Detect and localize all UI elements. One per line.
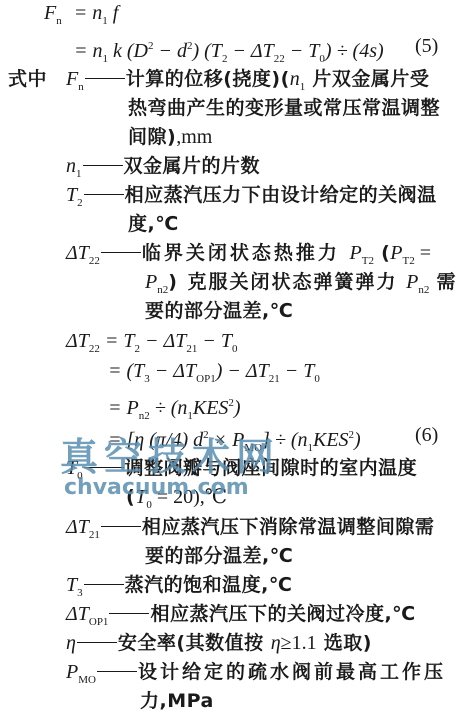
def-dT21-line2: 要的部分温差,℃ xyxy=(145,545,293,567)
em-dash xyxy=(97,671,137,672)
eq6-line1: ΔT22 = T2 − ΔT21 − T0 xyxy=(66,330,237,360)
eq5-rhs1: = n1 f xyxy=(74,2,119,24)
eq5-rhs2: = n1 k (D2 − d2) (T2 − ΔT22 − T0) ÷ (4s) xyxy=(74,40,384,62)
em-dash xyxy=(101,526,141,527)
def-T2: T2相应蒸汽压力下由设计给定的关阀温 xyxy=(66,184,437,214)
def-dT22-line2: Pn2) 克服关闭状态弹簧弹力 Pn2 需 xyxy=(145,271,456,301)
em-dash xyxy=(84,584,124,585)
eq6-line2: = (T3 − ΔTOP1) − ΔT21 − T0 xyxy=(108,360,320,390)
def-dTOP1: ΔTOP1相应蒸汽压下的关阀过冷度,℃ xyxy=(66,603,416,633)
eq5-lhs: Fn xyxy=(44,2,62,24)
where-label: 式中 xyxy=(8,68,47,90)
def-T3: T3蒸汽的饱和温度,℃ xyxy=(66,574,292,604)
em-dash xyxy=(85,78,125,79)
def-Fn: Fn计算的位移(挠度)(n1 片双金属片受 xyxy=(66,68,429,98)
def-Fn-line3: 间隙),mm xyxy=(128,126,212,148)
def-dT22-line3: 要的部分温差,℃ xyxy=(145,300,293,322)
eq6-number: (6) xyxy=(415,424,438,446)
def-PMO: PMO设计给定的疏水阀前最高工作压 xyxy=(66,661,446,691)
em-dash xyxy=(84,194,124,195)
def-dT22: ΔT22临界关闭状态热推力 PT2 (PT2 = xyxy=(66,242,431,272)
em-dash xyxy=(101,252,141,253)
def-eta: η安全率(其数值按 η≥1.1 选取) xyxy=(66,632,372,654)
em-dash xyxy=(83,165,123,166)
eq6-line3: = Pn2 ÷ (n1KES2) xyxy=(108,392,241,427)
eq5-number: (5) xyxy=(415,35,438,57)
def-PMO-line2: 力,MPa xyxy=(140,690,214,712)
eq5-line1: Fn = n1 f xyxy=(44,2,118,32)
def-dT21: ΔT21相应蒸汽压下消除常温调整间隙需 xyxy=(66,516,434,546)
em-dash xyxy=(77,642,117,643)
em-dash xyxy=(109,613,149,614)
em-dash xyxy=(84,467,124,468)
eq6-line4: = [η (π/4) d2 × PMO] ÷ (n1KES2) xyxy=(108,424,361,459)
def-T0: T0调整阀瓣与阀座间隙时的室内温度 xyxy=(66,457,417,487)
def-T0-line2: (T0 = 20),℃ xyxy=(126,486,227,516)
def-T2-line2: 度,℃ xyxy=(128,213,179,235)
def-n1: n1双金属片的片数 xyxy=(66,155,260,185)
def-Fn-line2: 热弯曲产生的变形量或常压常温调整 xyxy=(128,97,440,119)
eq5-line2: = n1 k (D2 − d2) (T2 − ΔT22 − T0) ÷ (4s) xyxy=(74,35,384,70)
def-symbol: Fn xyxy=(66,68,84,90)
